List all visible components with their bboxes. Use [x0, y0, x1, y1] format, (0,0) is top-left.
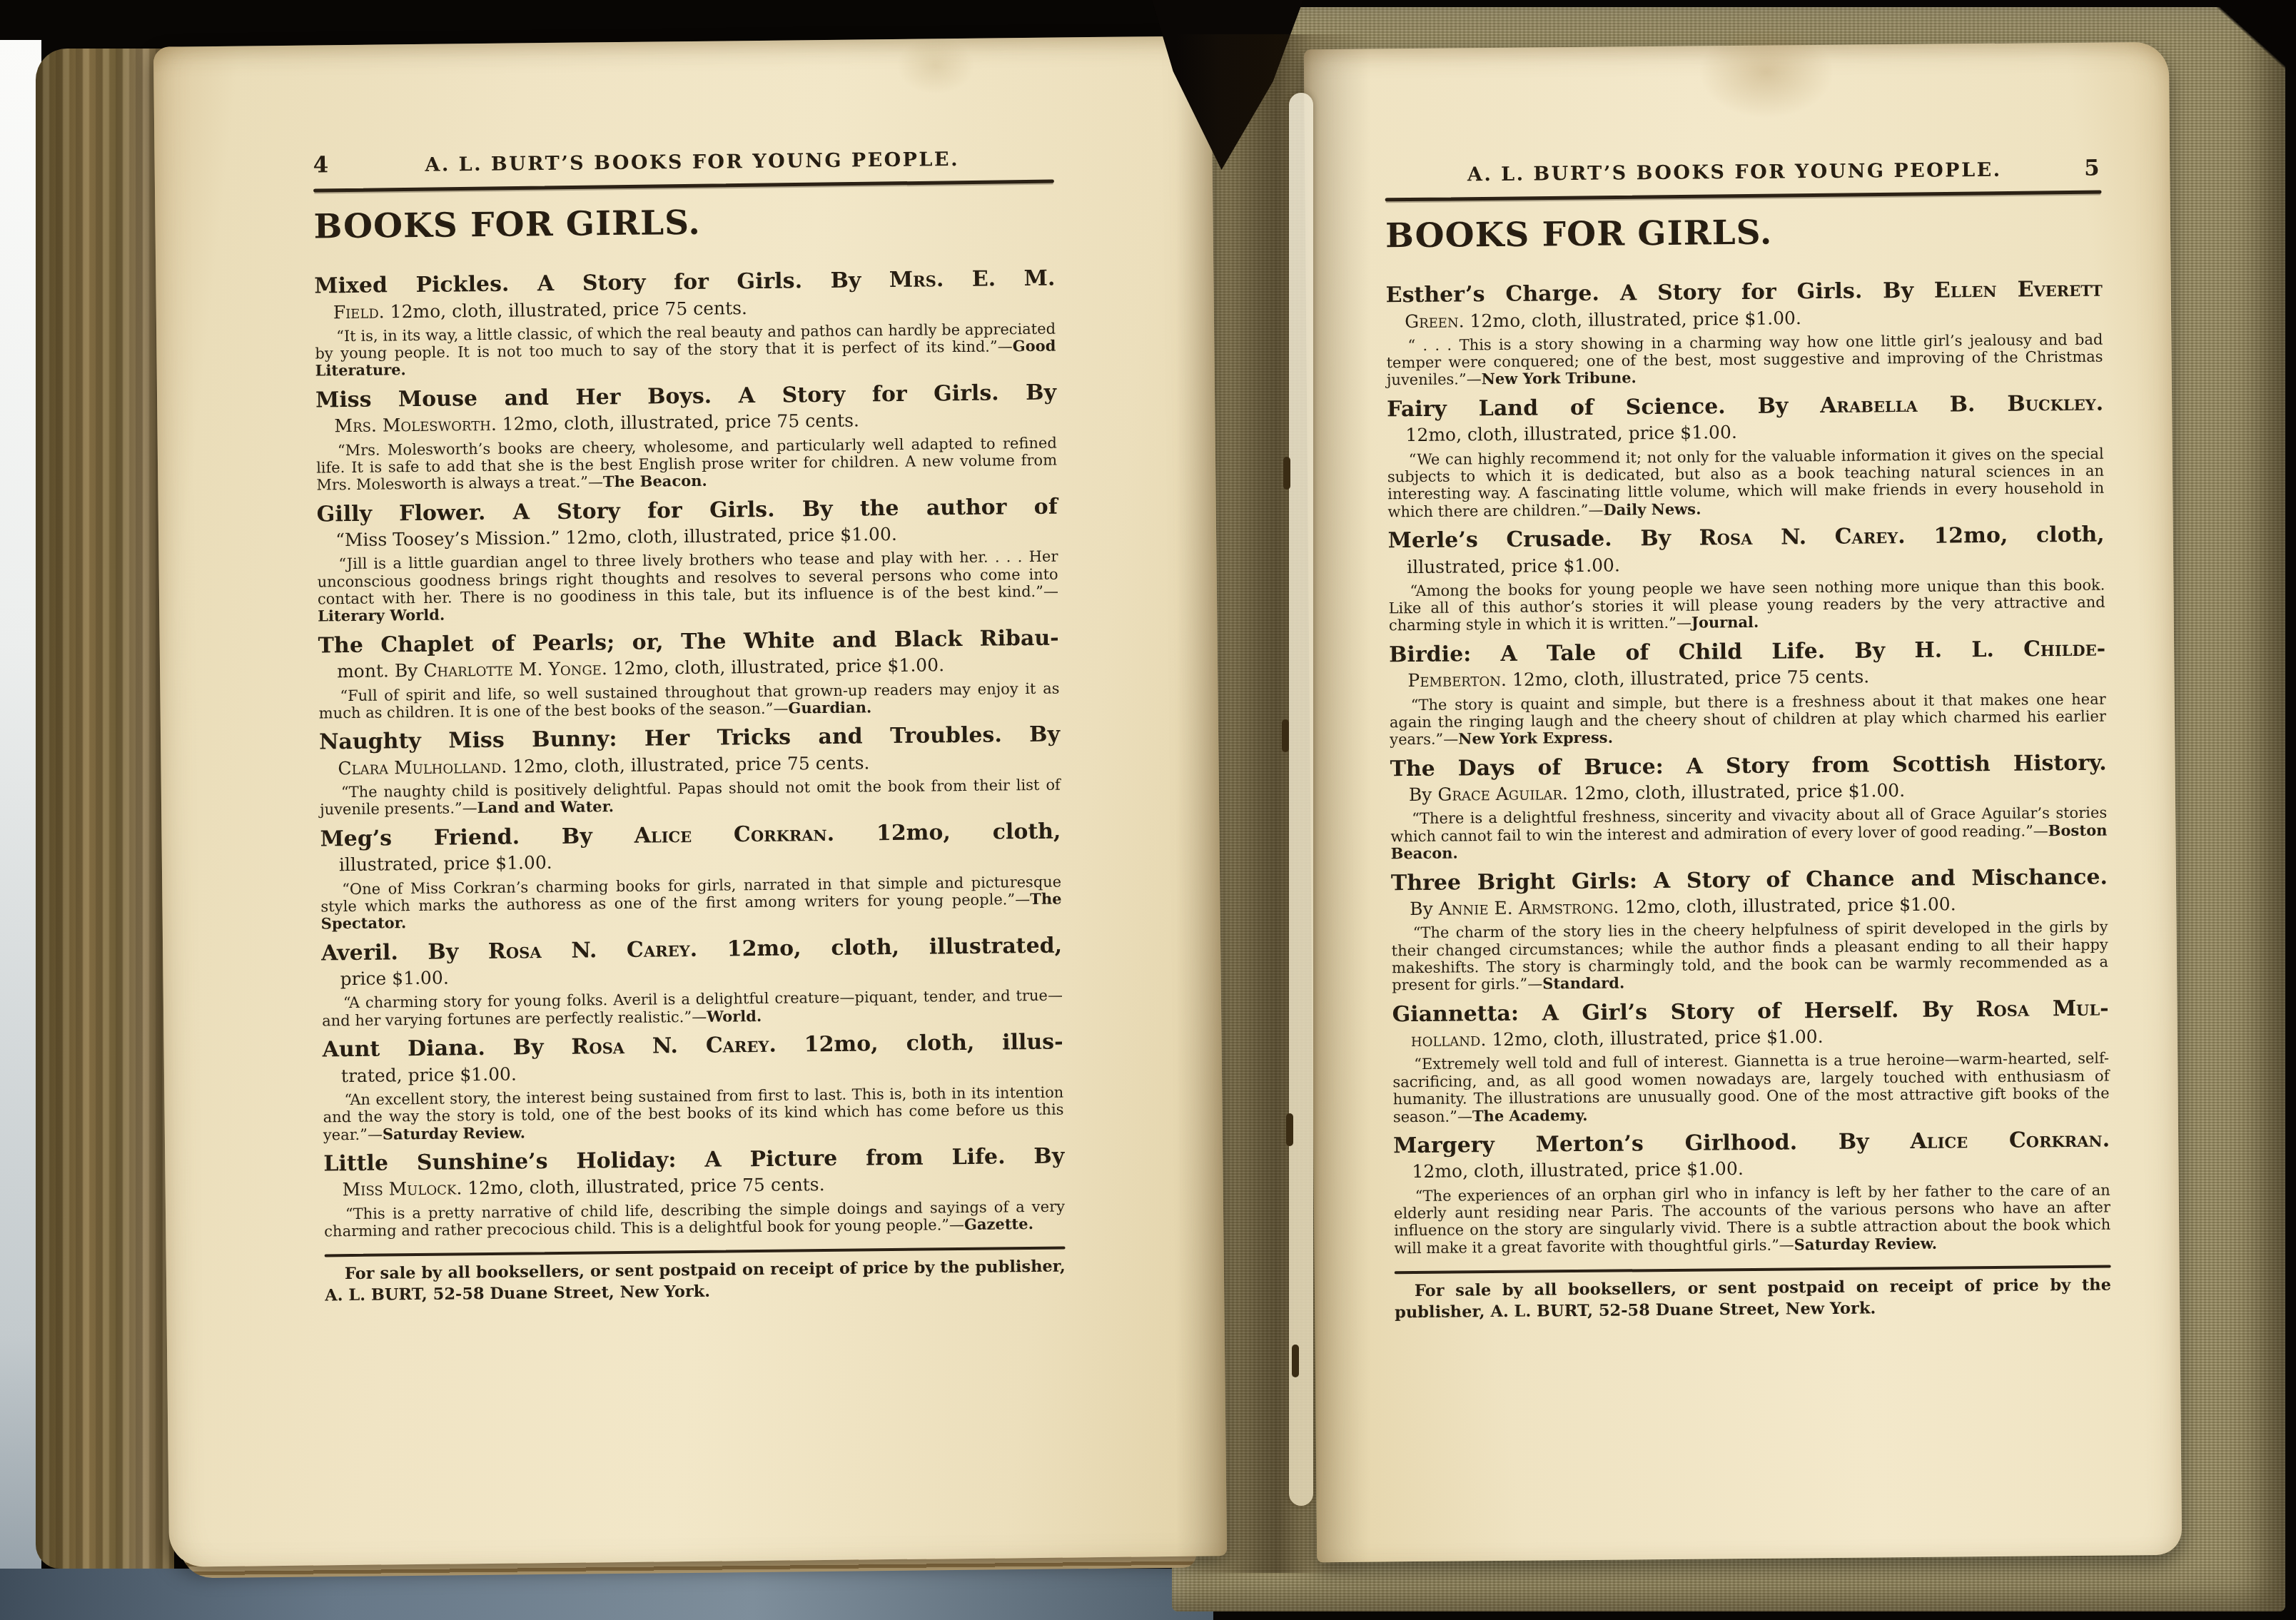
book-entry-detail: Green. 12mo, cloth, illustrated, price $… — [1386, 304, 2103, 333]
book-entry-detail-author: holland. — [1411, 1029, 1487, 1051]
page-edge-stack-texture — [36, 49, 174, 1569]
book-entry-detail-rest: 12mo, cloth, illustrated, price $1.00. — [1464, 308, 1801, 331]
book-entry-review-source: Saturday Review. — [1794, 1234, 1937, 1253]
book-entry-review-source: New York Express. — [1458, 729, 1613, 748]
book-entry-detail: price $1.00. — [321, 961, 1062, 991]
book-entry-detail-rest: 12mo, cloth, illustrated, price $1.00. — [607, 655, 945, 679]
book-entry-detail-rest: 12mo, cloth, illustrated, price $1.00. — [1619, 893, 1956, 917]
book-entry-title: Margery Merton’s Girlhood. — [1393, 1130, 1797, 1158]
book-entry: Naughty Miss Bunny: Her Tricks and Troub… — [319, 723, 1061, 819]
book-entry-review-text: “Jill is a little guardian angel to thre… — [318, 548, 1058, 608]
page-4-content: 4 A. L. BURT’S BOOKS FOR YOUNG PEOPLE. B… — [313, 145, 1066, 1307]
book-entry-detail-pre: mont. By — [337, 660, 424, 682]
book-entry-subtitle-tail: 12mo, cloth, — [1906, 522, 2105, 549]
book-entry-review-source: Gazette. — [964, 1215, 1033, 1233]
book-entry-review-source: Daily News. — [1603, 500, 1701, 518]
book-entry-detail-pre: illustrated, price $1.00. — [1407, 555, 1620, 577]
book-entry: Meg’s Friend. By Alice Corkran. 12mo, cl… — [320, 819, 1061, 933]
footer-imprint: For sale by all booksellers, or sent pos… — [1395, 1275, 2111, 1324]
book-entry-detail-pre: illustrated, price $1.00. — [339, 852, 552, 875]
book-entry-heading: Birdie: A Tale of Child Life. By H. L. C… — [1389, 637, 2105, 667]
footer-imprint: For sale by all booksellers, or sent pos… — [325, 1257, 1066, 1307]
book-entry-detail: Field. 12mo, cloth, illustrated, price 7… — [315, 293, 1056, 323]
book-entry-subtitle: By — [1726, 393, 1821, 419]
book-entry-detail-pre: By — [1409, 784, 1438, 805]
book-entry-author: Rosa Mul- — [1976, 996, 2108, 1022]
binding-stitch — [1292, 1345, 1299, 1377]
book-entry-detail: Clara Mulholland. 12mo, cloth, illustrat… — [319, 749, 1060, 779]
book-entry-author: Rosa N. Carey. — [488, 937, 697, 964]
book-entry-detail-author: Pemberton. — [1407, 669, 1507, 691]
book-entry-review-quote: “ . . . This is a story showing in a cha… — [1386, 330, 2103, 389]
book-entry-subtitle: A Story for Girls. By the author of — [485, 494, 1058, 525]
book-entry-heading: Fairy Land of Science. By Arabella B. Bu… — [1387, 391, 2103, 422]
book-entry-detail-pre: 12mo, cloth, illustrated, price $1.00. — [1412, 1158, 1744, 1182]
book-entry-detail-rest: 12mo, cloth, illustrated, price 75 cents… — [462, 1174, 825, 1198]
book-entry-subtitle: A Story for Girls. By — [712, 380, 1056, 408]
book-entry-author: Ellen Everett — [1934, 277, 2103, 303]
book-entry-title: Merle’s Crusade. — [1388, 527, 1612, 554]
book-entry-subtitle: By — [1797, 1129, 1911, 1155]
book-entry-subtitle: By — [398, 939, 489, 965]
book-entry-detail: mont. By Charlotte M. Yonge. 12mo, cloth… — [318, 653, 1059, 683]
book-entry-detail-author: Miss Mulock. — [343, 1178, 462, 1200]
book-entry-title: Naughty Miss Bunny: — [319, 727, 617, 754]
book-entry-subtitle-tail: 12mo, cloth, illustrated, — [697, 933, 1062, 961]
book-entry-detail-author: Clara Mulholland. — [338, 756, 507, 778]
book-entry-heading: Three Bright Girls: A Story of Chance an… — [1391, 865, 2108, 896]
book-entry-title: Esther’s Charge. — [1386, 281, 1599, 308]
book-entry: Three Bright Girls: A Story of Chance an… — [1391, 865, 2108, 994]
book-entry-subtitle-tail: 12mo, cloth, — [834, 819, 1061, 846]
footer-publisher: A. L. BURT, 52-58 Duane Street, New York… — [1490, 1299, 1876, 1321]
book-entry-list: Esther’s Charge. A Story for Girls. By E… — [1386, 278, 2111, 1257]
book-entry-review-source: Journal. — [1691, 613, 1759, 632]
book-entry-subtitle: A Tale of Child Life. By H. L. — [1471, 637, 2023, 667]
book-entry-detail-author: Green. — [1405, 310, 1465, 332]
book-entry-heading: The Days of Bruce: A Story from Scottish… — [1390, 751, 2106, 781]
book-entry-author: Alice Corkran. — [1910, 1127, 2110, 1153]
book-entry-heading: Esther’s Charge. A Story for Girls. By E… — [1386, 278, 2103, 308]
book-entry-author: Rosa N. Carey. — [1699, 524, 1906, 551]
book-entry-review-quote: “There is a delightful freshness, sincer… — [1390, 804, 2108, 863]
book-entry-review-source: Literary World. — [318, 606, 445, 625]
open-book-scan: 4 A. L. BURT’S BOOKS FOR YOUNG PEOPLE. B… — [0, 0, 2296, 1620]
book-entry-review-quote: “It is, in its way, a little classic, of… — [315, 320, 1056, 380]
book-entry-review-source: Guardian. — [788, 698, 871, 717]
book-entry-detail: “Miss Toosey’s Mission.” 12mo, cloth, il… — [317, 522, 1058, 552]
book-entry-detail-rest: 12mo, cloth, illustrated, price 75 cents… — [497, 410, 860, 435]
book-entry-title: Gilly Flower. — [317, 500, 486, 527]
book-entry-detail-author: Charlotte M. Yonge. — [423, 659, 607, 682]
book-entry: Miss Mouse and Her Boys. A Story for Gir… — [315, 380, 1057, 494]
torn-binding-paper — [1289, 93, 1313, 1506]
book-entry-title: Birdie: — [1389, 642, 1471, 667]
book-entry-review-quote: “Jill is a little guardian angel to thre… — [317, 548, 1058, 625]
page-number: 4 — [313, 152, 330, 178]
book-entry-subtitle: A Picture from Life. By — [676, 1143, 1064, 1173]
footer-rule — [1395, 1265, 2111, 1275]
book-entry-review-text: “The experiences of an orphan girl who i… — [1394, 1181, 2110, 1257]
book-entry-detail-rest: 12mo, cloth, illustrated, price 75 cents… — [385, 298, 748, 322]
book-entry-subtitle: By — [1612, 526, 1699, 552]
book-entry-review-source: Standard. — [1542, 974, 1624, 993]
book-entry: Margery Merton’s Girlhood. By Alice Cork… — [1393, 1128, 2110, 1257]
header-rule — [313, 180, 1054, 193]
book-entry-detail: illustrated, price $1.00. — [320, 846, 1061, 876]
book-entry-subtitle: By — [485, 1035, 572, 1060]
book-entry-review-text: “There is a delightful freshness, sincer… — [1390, 804, 2107, 845]
page-5-content: A. L. BURT’S BOOKS FOR YOUNG PEOPLE. 5 B… — [1385, 156, 2111, 1324]
footer-rule — [325, 1247, 1066, 1257]
book-entry-title: The Chaplet of Pearls; — [318, 630, 615, 658]
book-entry-review-text: “Full of spirit and life, so well sustai… — [319, 679, 1060, 722]
book-entry-subtitle: A Story for Girls. By — [1599, 278, 1934, 306]
book-entry-detail-author: Annie E. Armstrong. — [1439, 897, 1619, 919]
book-entry-review-quote: “We can highly recommend it; not only fo… — [1387, 445, 2105, 520]
running-header: A. L. BURT’S BOOKS FOR YOUNG PEOPLE. — [1385, 158, 2084, 187]
book-entry: Little Sunshine’s Holiday: A Picture fro… — [323, 1144, 1065, 1240]
book-entry-heading: Margery Merton’s Girlhood. By Alice Cork… — [1393, 1128, 2110, 1158]
book-entry: Giannetta: A Girl’s Story of Herself. By… — [1392, 996, 2109, 1125]
book-entry: The Days of Bruce: A Story from Scottish… — [1390, 751, 2107, 863]
book-entry-detail-author: Mrs. Molesworth. — [334, 414, 497, 436]
book-entry-author: Mrs. E. M. — [889, 266, 1056, 293]
book-entry-title: Three Bright Girls: — [1391, 869, 1637, 896]
book-entry: The Chaplet of Pearls; or, The White and… — [318, 626, 1060, 722]
binding-stitch — [1286, 1113, 1293, 1146]
book-entry-subtitle-tail: 12mo, cloth, illus- — [777, 1030, 1063, 1058]
binding-stitch — [1283, 457, 1290, 490]
book-entry-review-source: New York Tribune. — [1482, 369, 1637, 388]
binding-stitch — [1282, 719, 1289, 752]
book-entry-detail: By Annie E. Armstrong. 12mo, cloth, illu… — [1391, 892, 2108, 921]
book-entry-detail-pre: trated, price $1.00. — [341, 1063, 517, 1086]
book-entry-review-text: “One of Miss Corkran’s charming books fo… — [320, 873, 1061, 915]
page-4-header: 4 A. L. BURT’S BOOKS FOR YOUNG PEOPLE. — [313, 145, 1053, 178]
book-entry-detail: 12mo, cloth, illustrated, price $1.00. — [1387, 418, 2103, 447]
book-entry-review-source: Land and Water. — [477, 798, 615, 817]
book-entry-review-source: Saturday Review. — [383, 1123, 526, 1143]
book-entry-review-text: “The naughty child is positively delight… — [320, 776, 1061, 819]
book-entry-review-quote: “This is a pretty narrative of child lif… — [324, 1198, 1065, 1240]
book-entry-review-quote: “An excellent story, the interest being … — [323, 1083, 1064, 1143]
book-entry-author: Arabella B. Buckley. — [1820, 390, 2103, 417]
book-entry: Esther’s Charge. A Story for Girls. By E… — [1386, 278, 2103, 390]
book-entry-subtitle: Her Tricks and Troubles. By — [617, 722, 1060, 751]
book-entry-detail-rest: 12mo, cloth, illustrated, price $1.00. — [1486, 1026, 1824, 1050]
book-entry-review-quote: “Mrs. Molesworth’s books are cheery, who… — [316, 434, 1058, 494]
book-entry-detail-pre: By — [1410, 898, 1439, 919]
page-5: A. L. BURT’S BOOKS FOR YOUNG PEOPLE. 5 B… — [1304, 42, 2182, 1562]
book-entry: Fairy Land of Science. By Arabella B. Bu… — [1387, 391, 2104, 520]
book-entry: Gilly Flower. A Story for Girls. By the … — [317, 495, 1059, 625]
book-entry-review-source: The Beacon. — [603, 472, 707, 491]
book-entry-detail-pre: 12mo, cloth, illustrated, price $1.00. — [1405, 422, 1737, 445]
book-entry: Birdie: A Tale of Child Life. By H. L. C… — [1389, 637, 2106, 749]
book-entry-review-quote: “The experiences of an orphan girl who i… — [1394, 1181, 2111, 1257]
book-entry-title: Aunt Diana. — [322, 1036, 485, 1062]
book-entry-review-text: “We can highly recommend it; not only fo… — [1387, 445, 2104, 520]
book-entry-title: Mixed Pickles. — [314, 272, 509, 299]
page-4: 4 A. L. BURT’S BOOKS FOR YOUNG PEOPLE. B… — [153, 36, 1227, 1566]
book-entry-review-text: “A charming story for young folks. Averi… — [322, 987, 1063, 1029]
book-entry-title: The Days of Bruce: — [1390, 754, 1663, 781]
page-number: 5 — [2084, 156, 2101, 181]
book-entry-list: Mixed Pickles. A Story for Girls. By Mrs… — [314, 267, 1065, 1240]
book-entry-detail: trated, price $1.00. — [323, 1057, 1063, 1087]
book-entry-detail-pre: price $1.00. — [340, 968, 449, 990]
book-entry-review-quote: “The naughty child is positively delight… — [320, 776, 1061, 819]
header-rule — [1385, 191, 2102, 202]
book-entry-review-quote: “The story is quaint and simple, but the… — [1390, 690, 2107, 749]
book-entry-subtitle: A Story of Chance and Mischance. — [1637, 864, 2108, 893]
book-entry-subtitle: A Story for Girls. By — [509, 268, 889, 297]
book-entry-author: Alice Corkran. — [634, 821, 834, 849]
book-entry-detail-author: Field. — [333, 301, 385, 323]
page-5-header: A. L. BURT’S BOOKS FOR YOUNG PEOPLE. 5 — [1385, 156, 2101, 188]
book-entry-review-quote: “The charm of the story lies in the chee… — [1391, 918, 2108, 994]
book-entry-detail: By Grace Aguilar. 12mo, cloth, illustrat… — [1390, 778, 2107, 806]
book-entry-detail: Mrs. Molesworth. 12mo, cloth, illustrate… — [315, 407, 1056, 437]
book-entry-heading: Giannetta: A Girl’s Story of Herself. By… — [1392, 996, 2108, 1027]
book-entry-subtitle: A Girl’s Story of Herself. By — [1519, 997, 1976, 1026]
book-entry-detail: illustrated, price $1.00. — [1388, 550, 2105, 578]
running-header: A. L. BURT’S BOOKS FOR YOUNG PEOPLE. — [330, 148, 1054, 178]
book-entry-author: Rosa N. Carey. — [571, 1033, 777, 1060]
book-entry-title: Averil. — [321, 940, 398, 966]
book-entry-review-text: “This is a pretty narrative of child lif… — [324, 1198, 1065, 1240]
book-entry-detail: Pemberton. 12mo, cloth, illustrated, pri… — [1389, 664, 2105, 692]
book-entry-heading: Merle’s Crusade. By Rosa N. Carey. 12mo,… — [1388, 523, 2105, 554]
book-entry-title: Miss Mouse and Her Boys. — [315, 383, 712, 412]
footer-publisher: A. L. BURT, 52-58 Duane Street, New York… — [325, 1282, 710, 1305]
book-entry-detail: 12mo, cloth, illustrated, price $1.00. — [1393, 1155, 2110, 1183]
book-entry-title: Giannetta: — [1392, 1001, 1519, 1027]
footer-imprint-text: For sale by all booksellers, or sent pos… — [345, 1257, 1066, 1284]
book-entry-review-source: World. — [707, 1007, 762, 1026]
book-entry-detail-rest: 12mo, cloth, illustrated, price 75 cents… — [507, 752, 870, 776]
book-entry-title: Meg’s Friend. — [320, 824, 520, 851]
book-entry-subtitle: or, The White and Black Ribau- — [615, 625, 1059, 655]
book-entry: Mixed Pickles. A Story for Girls. By Mrs… — [314, 267, 1056, 380]
book-entry-review-quote: “Full of spirit and life, so well sustai… — [318, 679, 1059, 722]
book-entry-review-text: “The charm of the story lies in the chee… — [1392, 918, 2108, 994]
book-entry-subtitle: A Story from Scottish History. — [1664, 750, 2107, 779]
book-entry: Merle’s Crusade. By Rosa N. Carey. 12mo,… — [1388, 523, 2105, 635]
book-entry-detail-pre: “Miss Toosey’s Mission.” 12mo, cloth, il… — [335, 524, 897, 550]
book-entry-review-text: “It is, in its way, a little classic, of… — [315, 320, 1056, 362]
book-entry-detail-rest: 12mo, cloth, illustrated, price 75 cents… — [1507, 667, 1869, 690]
book-entry-review-quote: “A charming story for young folks. Averi… — [322, 987, 1063, 1030]
book-entry: Averil. By Rosa N. Carey. 12mo, cloth, i… — [321, 933, 1063, 1029]
section-title: BOOKS FOR GIRLS. — [313, 200, 1055, 247]
book-entry-review-quote: “Extremely well told and full of interes… — [1392, 1050, 2110, 1125]
book-entry-title: Fairy Land of Science. — [1387, 394, 1726, 422]
book-entry-detail: holland. 12mo, cloth, illustrated, price… — [1392, 1023, 2109, 1052]
section-title: BOOKS FOR GIRLS. — [1385, 211, 2102, 256]
scanner-bed-bottom-strip — [0, 1569, 1213, 1620]
book-entry-detail: Miss Mulock. 12mo, cloth, illustrated, p… — [324, 1171, 1065, 1201]
book-entry-detail-rest: 12mo, cloth, illustrated, price $1.00. — [1568, 780, 1906, 804]
scan-corner-shadow — [2210, 0, 2296, 121]
book-entry: Aunt Diana. By Rosa N. Carey. 12mo, clot… — [322, 1031, 1063, 1144]
book-entry-subtitle: By — [520, 824, 634, 850]
book-entry-review-quote: “Among the books for young people we hav… — [1388, 576, 2105, 634]
book-entry-review-quote: “One of Miss Corkran’s charming books fo… — [320, 873, 1062, 933]
book-entry-title: Little Sunshine’s Holiday: — [323, 1148, 677, 1176]
book-entry-review-source: The Academy. — [1472, 1105, 1588, 1124]
book-entry-author: Childe- — [2023, 636, 2105, 662]
book-entry-detail-author: Grace Aguilar. — [1437, 783, 1568, 805]
